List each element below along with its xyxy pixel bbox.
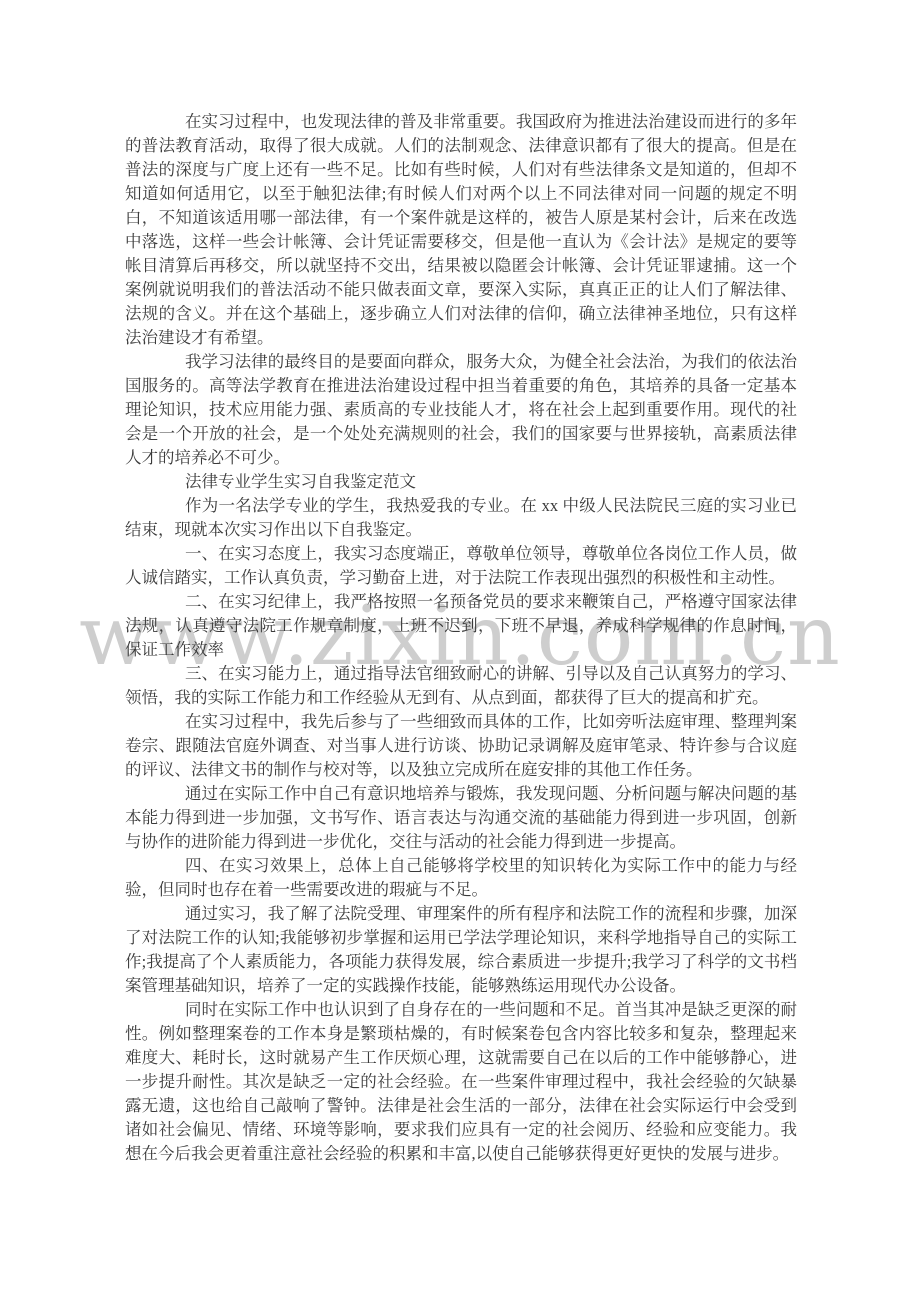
paragraph-shortcomings: 同时在实际工作中也认识到了自身存在的一些问题和不足。首当其冲是缺乏更深的耐性。例…	[125, 998, 797, 1166]
paragraph-attitude: 一、在实习态度上，我实习态度端正，尊敬单位领导，尊敬单位各岗位工作人员，做人诚信…	[125, 542, 797, 590]
paragraph-work-details: 在实习过程中，我先后参与了一些细致而具体的工作，比如旁听法庭审理、整理判案卷宗、…	[125, 710, 797, 782]
paragraph-gains: 通过实习，我了解了法院受理、审理案件的所有程序和法院工作的流程和步骤，加深了对法…	[125, 902, 797, 998]
paragraph-law-popularization: 在实习过程中，也发现法律的普及非常重要。我国政府为推进法治建设而进行的多年的普法…	[125, 110, 797, 350]
paragraph-ability: 三、在实习能力上，通过指导法官细致耐心的讲解、引导以及自己认真努力的学习、领悟，…	[125, 662, 797, 710]
paragraph-discipline: 二、在实习纪律上，我严格按照一名预备党员的要求来鞭策自己，严格遵守国家法律法规，…	[125, 590, 797, 662]
paragraph-self-training: 通过在实际工作中自己有意识地培养与锻炼，我发现问题、分析问题与解决问题的基本能力…	[125, 782, 797, 854]
paragraph-effect: 四、在实习效果上，总体上自己能够将学校里的知识转化为实际工作中的能力与经验，但同…	[125, 854, 797, 902]
paragraph-section-title: 法律专业学生实习自我鉴定范文	[125, 470, 797, 494]
document-body-text: 在实习过程中，也发现法律的普及非常重要。我国政府为推进法治建设而进行的多年的普法…	[125, 110, 797, 1166]
paragraph-study-purpose: 我学习法律的最终目的是要面向群众，服务大众，为健全社会法治，为我们的依法治国服务…	[125, 350, 797, 470]
paragraph-intro: 作为一名法学专业的学生，我热爱我的专业。在 xx 中级人民法院民三庭的实习业已结…	[125, 494, 797, 542]
document-page: www.zixin.com.cn 在实习过程中，也发现法律的普及非常重要。我国政…	[0, 0, 920, 1302]
